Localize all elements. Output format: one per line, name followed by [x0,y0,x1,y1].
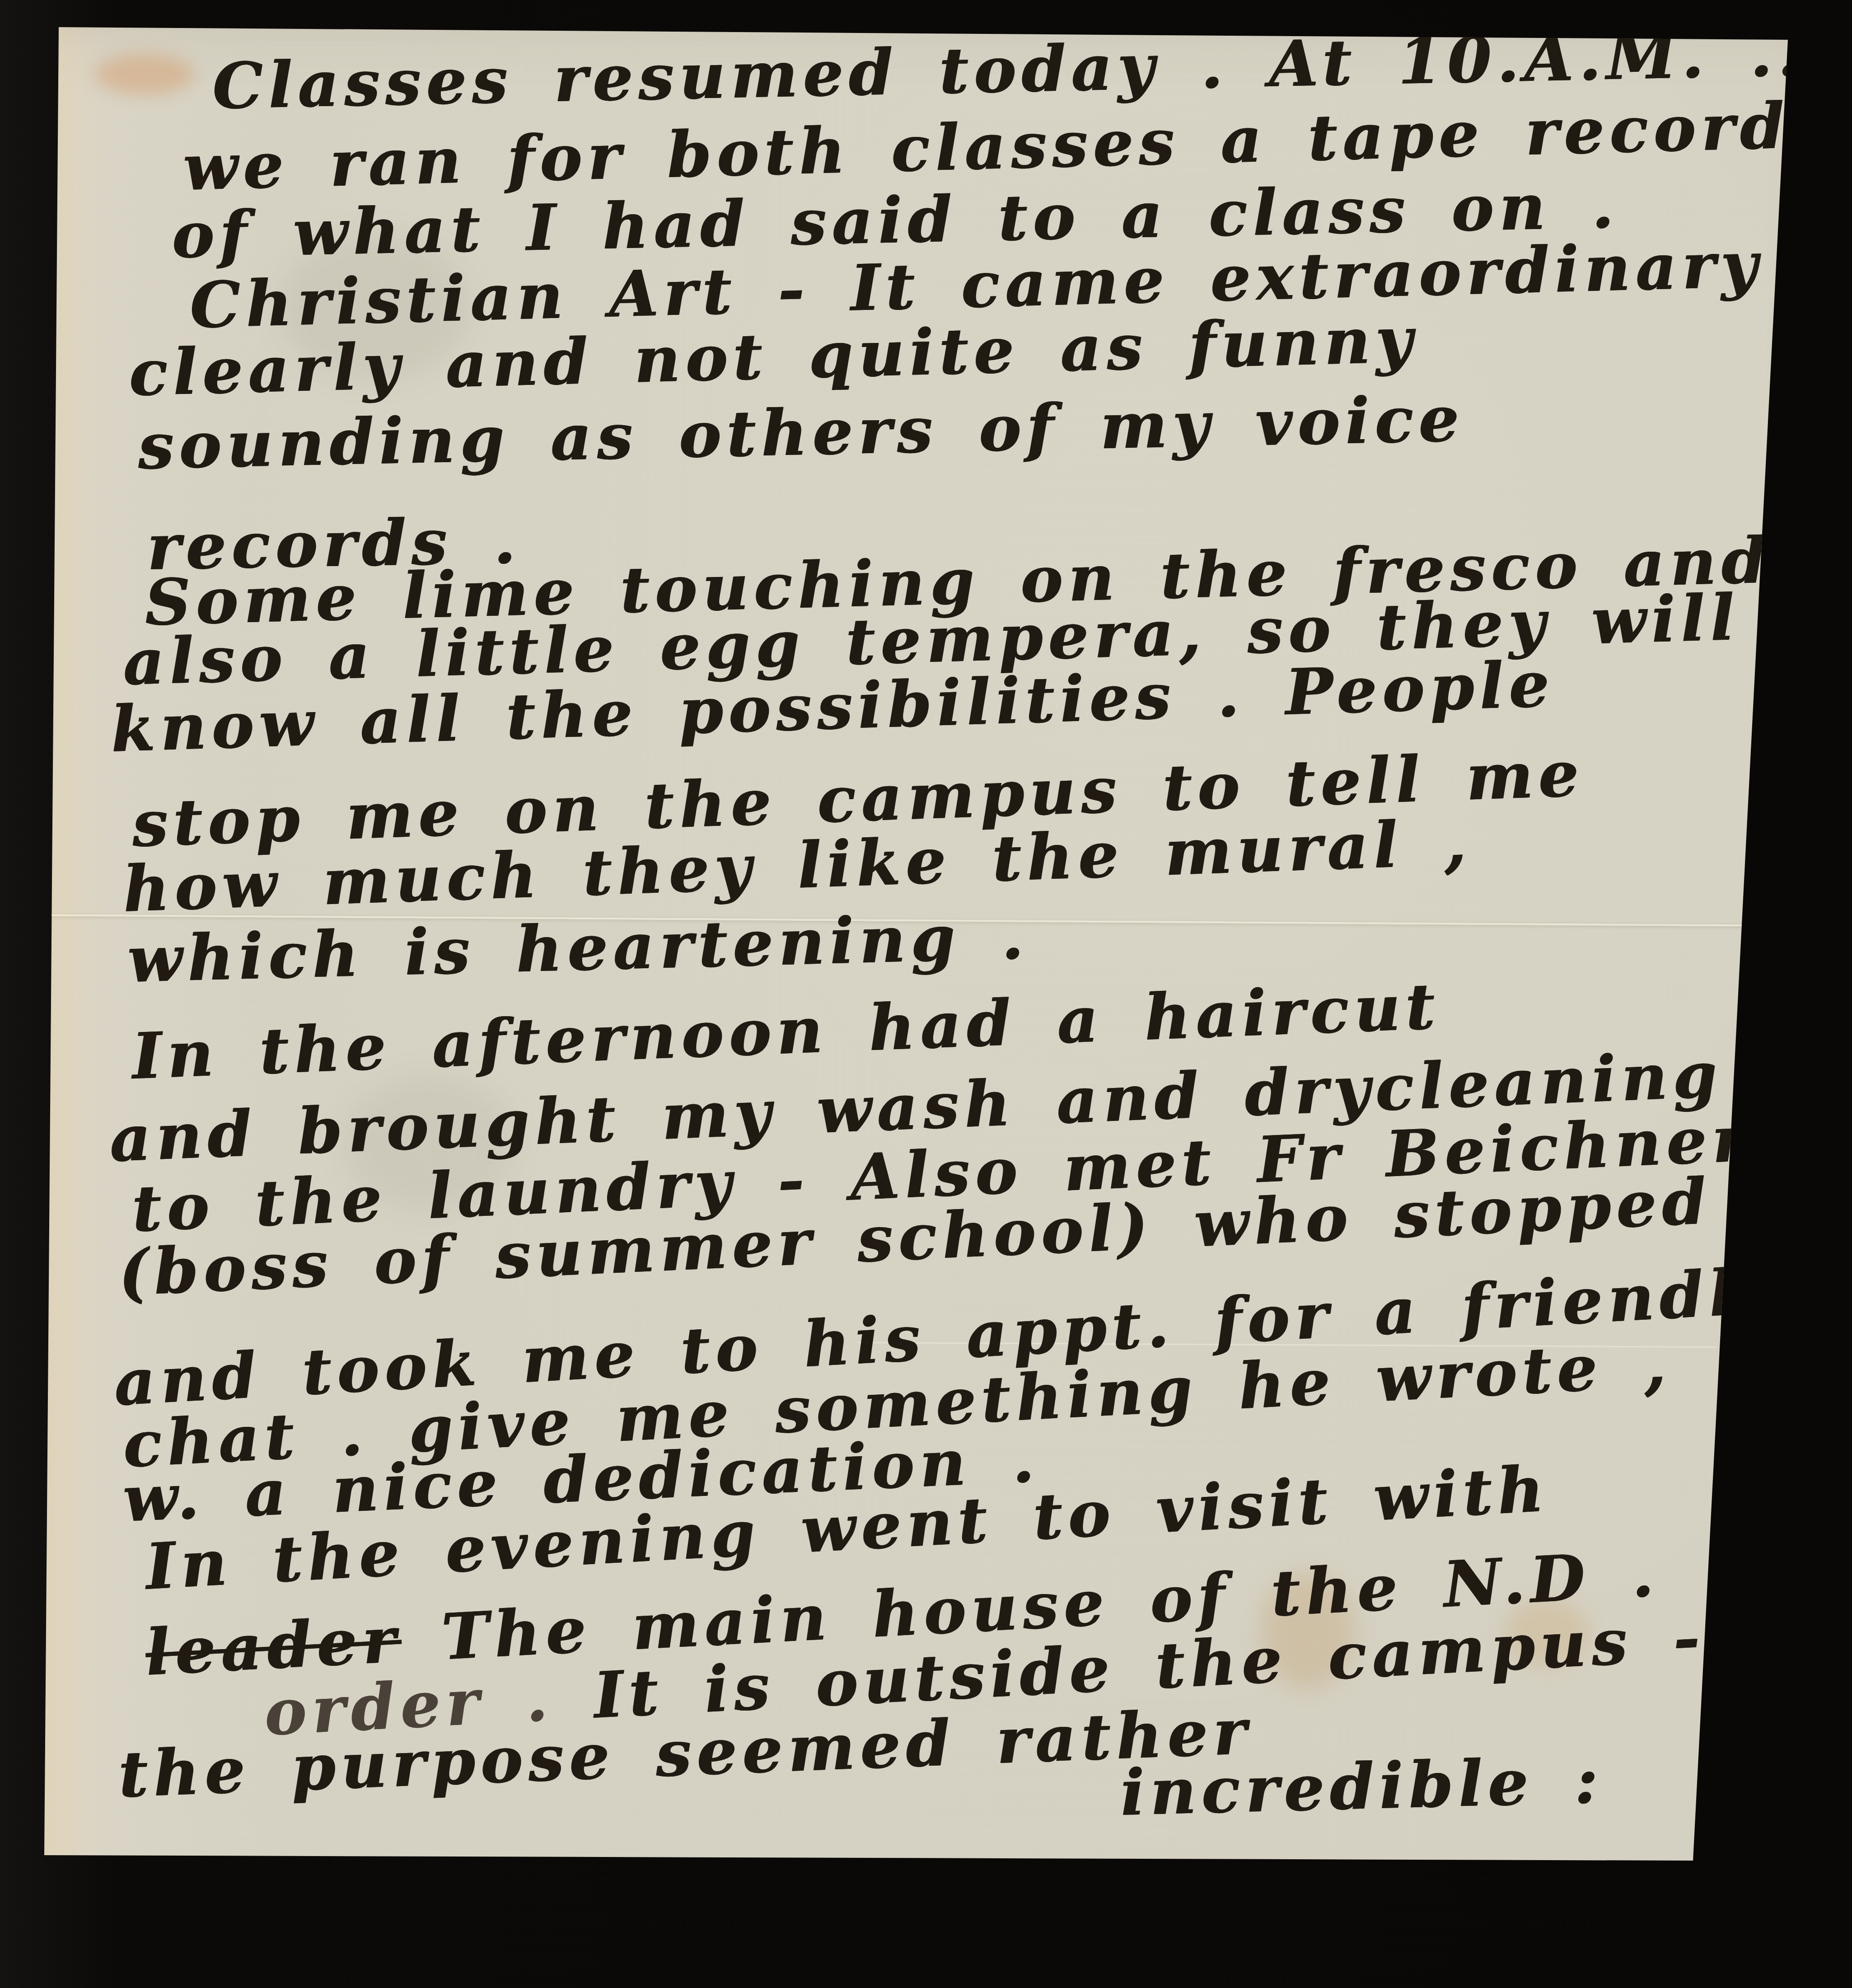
letter-page: Classes resumed today . At 10.A.M. .. we… [0,0,1852,1988]
handwritten-line: incredible : [1119,1746,1604,1828]
paper-stain [95,54,194,95]
